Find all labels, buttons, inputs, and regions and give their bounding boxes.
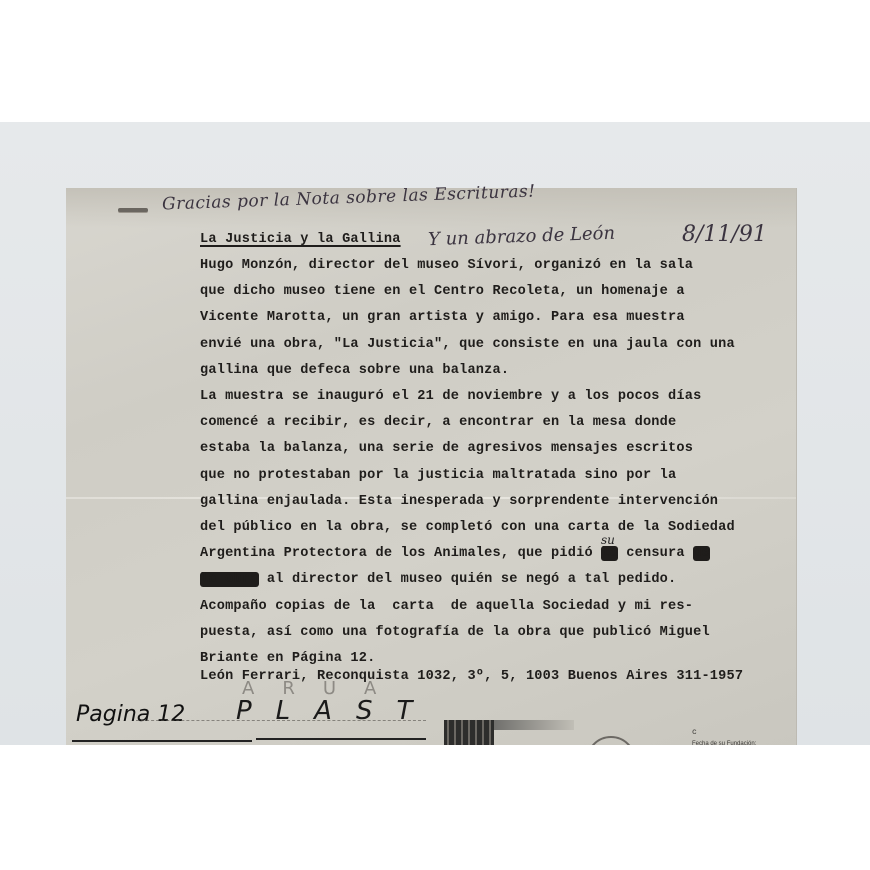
body-line-with-deletions: Argentina Protectora de los Animales, qu…: [200, 546, 710, 562]
foundation-note: Fecha de su Fundación: 21 de Agosto de 1…: [692, 740, 756, 745]
body-line: del público en la obra, se completó con …: [200, 520, 735, 536]
body-line-with-deletions: la obra al director del museo quién se n…: [200, 572, 676, 588]
body-line: Acompaño copias de la carta de aquella S…: [200, 599, 693, 615]
clipping-photo-fragment: [444, 720, 494, 745]
body-line: Briante en Página 12.: [200, 651, 376, 667]
body-line: gallina que defeca sobre una balanza.: [200, 363, 509, 379]
clipping-dotted-line: [136, 720, 426, 721]
body-line: envié una obra, "La Justicia", que consi…: [200, 337, 735, 353]
body-line: Vicente Marotta, un gran artista y amigo…: [200, 310, 685, 326]
struck-word: de: [693, 546, 710, 561]
body-line: estaba la balanza, una serie de agresivo…: [200, 441, 693, 457]
typed-letter: Gracias por la Nota sobre las Escrituras…: [66, 188, 796, 745]
body-line: gallina enjaulada. Esta inesperada y sor…: [200, 494, 718, 510]
handwritten-thanks: Gracias por la Nota sobre las Escrituras…: [162, 181, 536, 214]
letter-title: La Justicia y la Gallina: [200, 232, 401, 248]
seal-stamp-icon: [586, 736, 636, 745]
handwritten-signoff: Y un abrazo de León: [428, 223, 616, 251]
struck-word: la obra: [200, 572, 259, 587]
body-line: puesta, así como una fotografía de la ob…: [200, 625, 710, 641]
body-line: comencé a recibir, es decir, a encontrar…: [200, 415, 676, 431]
handwritten-date: 8/11/91: [682, 222, 767, 247]
clipping-rule: [72, 740, 252, 742]
body-line: que dicho museo tiene en el Centro Recol…: [200, 284, 685, 300]
body-line: La muestra se inauguró el 21 de noviembr…: [200, 389, 701, 405]
struck-word: la: [601, 546, 618, 561]
handwritten-correction: su: [601, 533, 615, 547]
clipping-section-title: PLAST: [236, 696, 436, 726]
clipping-photo-fragment: [494, 720, 574, 730]
clipping-rule: [256, 738, 426, 740]
clipping-masthead: Pagina 12: [76, 702, 185, 727]
staple-icon: [118, 208, 148, 212]
body-line: que no protestaban por la justicia maltr…: [200, 468, 676, 484]
clipping-mark: c: [692, 728, 697, 737]
photo-background: Gracias por la Nota sobre las Escrituras…: [0, 122, 870, 745]
body-line: Hugo Monzón, director del museo Sívori, …: [200, 258, 693, 274]
